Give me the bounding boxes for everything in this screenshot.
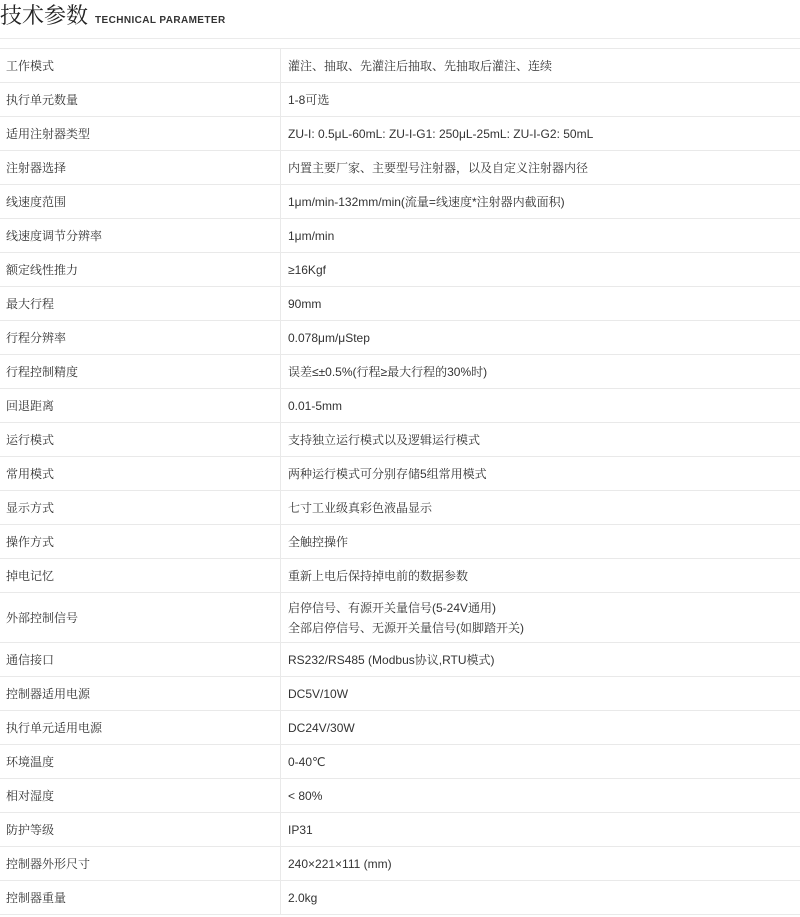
- param-value-line: 两种运行模式可分别存储5组常用模式: [288, 464, 788, 484]
- param-name-cell: 线速度范围: [0, 185, 280, 218]
- param-value-line: RS232/RS485 (Modbus协议,RTU模式): [288, 650, 788, 670]
- spec-row: 显示方式七寸工业级真彩色液晶显示: [0, 491, 800, 525]
- param-value-cell: RS232/RS485 (Modbus协议,RTU模式): [280, 643, 800, 676]
- param-value-line: < 80%: [288, 786, 788, 806]
- param-value-cell: 全触控操作: [280, 525, 800, 558]
- param-name-cell: 控制器适用电源: [0, 677, 280, 710]
- spec-row: 相对湿度< 80%: [0, 779, 800, 813]
- param-name-cell: 掉电记忆: [0, 559, 280, 592]
- param-name-cell: 外部控制信号: [0, 593, 280, 642]
- spec-row: 行程控制精度误差≤±0.5%(行程≥最大行程的30%时): [0, 355, 800, 389]
- param-value-cell: 启停信号、有源开关量信号(5-24V通用)全部启停信号、无源开关量信号(如脚踏开…: [280, 593, 800, 642]
- param-name-cell: 工作模式: [0, 49, 280, 82]
- param-value-line: 1μm/min-132mm/min(流量=线速度*注射器内截面积): [288, 192, 788, 212]
- param-value-cell: 2.0kg: [280, 881, 800, 914]
- param-value-line: 2.0kg: [288, 888, 788, 908]
- param-value-line: IP31: [288, 820, 788, 840]
- param-value-line: 重新上电后保持掉电前的数据参数: [288, 566, 788, 586]
- param-value-line: 全部启停信号、无源开关量信号(如脚踏开关): [288, 618, 788, 638]
- param-value-cell: DC24V/30W: [280, 711, 800, 744]
- param-value-line: DC5V/10W: [288, 684, 788, 704]
- param-value-line: 1-8可选: [288, 90, 788, 110]
- param-name-cell: 执行单元数量: [0, 83, 280, 116]
- spec-row: 工作模式灌注、抽取、先灌注后抽取、先抽取后灌注、连续: [0, 49, 800, 83]
- param-name-cell: 适用注射器类型: [0, 117, 280, 150]
- param-value-line: 0-40℃: [288, 752, 788, 772]
- spec-row: 行程分辨率0.078μm/μStep: [0, 321, 800, 355]
- param-value-cell: IP31: [280, 813, 800, 846]
- param-value-line: 0.078μm/μStep: [288, 328, 788, 348]
- param-value-cell: 240×221×111 (mm): [280, 847, 800, 880]
- param-value-line: 七寸工业级真彩色液晶显示: [288, 498, 788, 518]
- param-name-cell: 行程分辨率: [0, 321, 280, 354]
- param-value-line: ≥16Kgf: [288, 260, 788, 280]
- param-value-cell: < 80%: [280, 779, 800, 812]
- param-value-cell: 0.078μm/μStep: [280, 321, 800, 354]
- param-name-cell: 相对湿度: [0, 779, 280, 812]
- param-value-cell: 灌注、抽取、先灌注后抽取、先抽取后灌注、连续: [280, 49, 800, 82]
- spec-row: 运行模式支持独立运行模式以及逻辑运行模式: [0, 423, 800, 457]
- param-value-line: ZU-I: 0.5μL-60mL: ZU-I-G1: 250μL-25mL: Z…: [288, 124, 788, 144]
- param-name-cell: 最大行程: [0, 287, 280, 320]
- param-name-cell: 线速度调节分辨率: [0, 219, 280, 252]
- param-value-cell: 0.01-5mm: [280, 389, 800, 422]
- param-value-line: 0.01-5mm: [288, 396, 788, 416]
- param-value-cell: ≥16Kgf: [280, 253, 800, 286]
- param-name-cell: 运行模式: [0, 423, 280, 456]
- param-value-cell: 1μm/min: [280, 219, 800, 252]
- spec-row: 控制器外形尺寸240×221×111 (mm): [0, 847, 800, 881]
- spec-row: 控制器重量2.0kg: [0, 881, 800, 915]
- spec-row: 额定线性推力≥16Kgf: [0, 253, 800, 287]
- spec-row: 常用模式两种运行模式可分别存储5组常用模式: [0, 457, 800, 491]
- spec-row: 控制器适用电源DC5V/10W: [0, 677, 800, 711]
- section-subtitle: TECHNICAL PARAMETER: [95, 15, 226, 26]
- spec-row: 适用注射器类型ZU-I: 0.5μL-60mL: ZU-I-G1: 250μL-…: [0, 117, 800, 151]
- section-title: 技术参数: [0, 2, 88, 29]
- spec-row: 线速度调节分辨率1μm/min: [0, 219, 800, 253]
- spec-row: 回退距离0.01-5mm: [0, 389, 800, 423]
- param-value-cell: 0-40℃: [280, 745, 800, 778]
- param-name-cell: 控制器重量: [0, 881, 280, 914]
- param-value-line: 灌注、抽取、先灌注后抽取、先抽取后灌注、连续: [288, 56, 788, 76]
- param-value-cell: 重新上电后保持掉电前的数据参数: [280, 559, 800, 592]
- spec-row: 通信接口RS232/RS485 (Modbus协议,RTU模式): [0, 643, 800, 677]
- param-name-cell: 常用模式: [0, 457, 280, 490]
- param-name-cell: 操作方式: [0, 525, 280, 558]
- param-name-cell: 回退距离: [0, 389, 280, 422]
- spec-row: 操作方式全触控操作: [0, 525, 800, 559]
- param-name-cell: 环境温度: [0, 745, 280, 778]
- param-name-cell: 显示方式: [0, 491, 280, 524]
- param-value-cell: 90mm: [280, 287, 800, 320]
- param-value-line: DC24V/30W: [288, 718, 788, 738]
- spec-row: 注射器选择内置主要厂家、主要型号注射器，以及自定义注射器内径: [0, 151, 800, 185]
- param-value-cell: 误差≤±0.5%(行程≥最大行程的30%时): [280, 355, 800, 388]
- param-value-cell: 支持独立运行模式以及逻辑运行模式: [280, 423, 800, 456]
- spec-row: 掉电记忆重新上电后保持掉电前的数据参数: [0, 559, 800, 593]
- spec-row: 最大行程90mm: [0, 287, 800, 321]
- param-value-line: 240×221×111 (mm): [288, 854, 788, 874]
- param-name-cell: 控制器外形尺寸: [0, 847, 280, 880]
- spec-table: 工作模式灌注、抽取、先灌注后抽取、先抽取后灌注、连续执行单元数量1-8可选适用注…: [0, 48, 800, 915]
- section-header: 技术参数 TECHNICAL PARAMETER: [0, 0, 800, 39]
- spec-row: 执行单元数量1-8可选: [0, 83, 800, 117]
- param-value-cell: 内置主要厂家、主要型号注射器，以及自定义注射器内径: [280, 151, 800, 184]
- param-value-line: 支持独立运行模式以及逻辑运行模式: [288, 430, 788, 450]
- param-value-line: 误差≤±0.5%(行程≥最大行程的30%时): [288, 362, 788, 382]
- param-value-line: 启停信号、有源开关量信号(5-24V通用): [288, 598, 788, 618]
- spec-row: 执行单元适用电源DC24V/30W: [0, 711, 800, 745]
- param-value-line: 全触控操作: [288, 532, 788, 552]
- param-name-cell: 行程控制精度: [0, 355, 280, 388]
- param-name-cell: 防护等级: [0, 813, 280, 846]
- spec-row: 防护等级IP31: [0, 813, 800, 847]
- param-value-line: 1μm/min: [288, 226, 788, 246]
- param-name-cell: 通信接口: [0, 643, 280, 676]
- param-name-cell: 注射器选择: [0, 151, 280, 184]
- technical-parameters-section: 技术参数 TECHNICAL PARAMETER 工作模式灌注、抽取、先灌注后抽…: [0, 0, 800, 915]
- param-value-cell: ZU-I: 0.5μL-60mL: ZU-I-G1: 250μL-25mL: Z…: [280, 117, 800, 150]
- param-value-cell: DC5V/10W: [280, 677, 800, 710]
- param-value-cell: 1-8可选: [280, 83, 800, 116]
- spec-row: 外部控制信号启停信号、有源开关量信号(5-24V通用)全部启停信号、无源开关量信…: [0, 593, 800, 643]
- param-name-cell: 额定线性推力: [0, 253, 280, 286]
- param-value-cell: 七寸工业级真彩色液晶显示: [280, 491, 800, 524]
- param-name-cell: 执行单元适用电源: [0, 711, 280, 744]
- param-value-cell: 两种运行模式可分别存储5组常用模式: [280, 457, 800, 490]
- spec-row: 环境温度0-40℃: [0, 745, 800, 779]
- param-value-line: 90mm: [288, 294, 788, 314]
- spec-row: 线速度范围1μm/min-132mm/min(流量=线速度*注射器内截面积): [0, 185, 800, 219]
- param-value-line: 内置主要厂家、主要型号注射器，以及自定义注射器内径: [288, 158, 788, 178]
- param-value-cell: 1μm/min-132mm/min(流量=线速度*注射器内截面积): [280, 185, 800, 218]
